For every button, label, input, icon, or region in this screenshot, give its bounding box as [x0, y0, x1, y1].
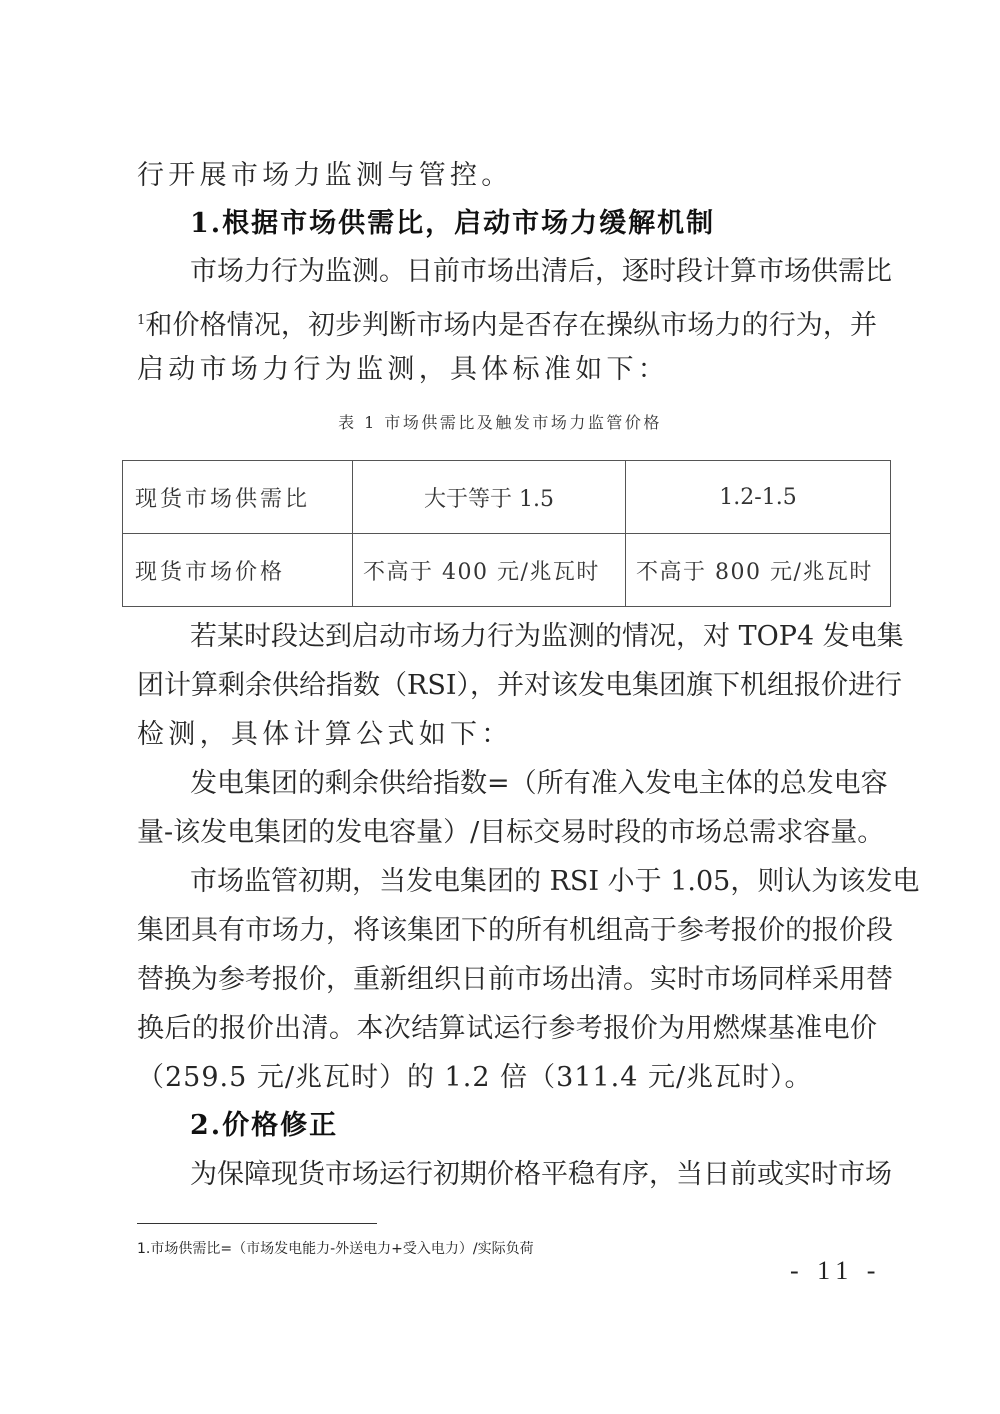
paragraph-monitoring-line-2: 1和价格情况，初步判断市场内是否存在操纵市场力的行为，并 [137, 303, 877, 339]
footnote-text: 1.市场供需比=（市场发电能力-外送电力+受入电力）/实际负荷 [137, 1238, 534, 1258]
paragraph-continuation: 行开展市场力监测与管控。 [137, 158, 877, 194]
paragraph-rsi-line-2: 团计算剩余供给指数（RSI），并对该发电集团旗下机组报价进行 [137, 668, 877, 704]
table-cell: 不高于 800 元/兆瓦时 [626, 534, 891, 607]
table-cell: 1.2-1.5 [626, 461, 891, 534]
page-number: - 11 - [790, 1256, 881, 1286]
formula-line-2: 量-该发电集团的发电容量）/目标交易时段的市场总需求容量。 [137, 815, 877, 851]
formula-line-1: 发电集团的剩余供给指数=（所有准入发电主体的总发电容 [190, 766, 877, 802]
paragraph-regulation-line-5: （259.5 元/兆瓦时）的 1.2 倍（311.4 元/兆瓦时）。 [137, 1060, 877, 1096]
paragraph-price-correction-line-1: 为保障现货市场运行初期价格平稳有序，当日前或实时市场 [190, 1157, 877, 1193]
paragraph-regulation-line-3: 替换为参考报价，重新组织日前市场出清。实时市场同样采用替 [137, 962, 877, 998]
paragraph-regulation-line-4: 换后的报价出清。本次结算试运行参考报价为用燃煤基准电价 [137, 1011, 877, 1047]
table-cell: 大于等于 1.5 [353, 461, 626, 534]
paragraph-monitoring-line-1: 市场力行为监测。日前市场出清后，逐时段计算市场供需比 [190, 254, 877, 290]
section-heading-1: 1.根据市场供需比，启动市场力缓解机制 [190, 206, 877, 242]
supply-demand-ratio-table: 现货市场供需比 大于等于 1.5 1.2-1.5 现货市场价格 不高于 400 … [122, 460, 891, 607]
table-cell-header: 现货市场价格 [123, 534, 353, 607]
table-cell: 不高于 400 元/兆瓦时 [353, 534, 626, 607]
table-cell-header: 现货市场供需比 [123, 461, 353, 534]
footnote-divider [137, 1223, 377, 1224]
paragraph-rsi-line-3: 检测，具体计算公式如下： [137, 717, 877, 753]
paragraph-monitoring-line-3: 启动市场力行为监测，具体标准如下： [137, 352, 877, 388]
table-row: 现货市场价格 不高于 400 元/兆瓦时 不高于 800 元/兆瓦时 [123, 534, 891, 607]
paragraph-regulation-line-1: 市场监管初期，当发电集团的 RSI 小于 1.05，则认为该发电 [190, 864, 877, 900]
paragraph-regulation-line-2: 集团具有市场力，将该集团下的所有机组高于参考报价的报价段 [137, 913, 877, 949]
table-caption: 表 1 市场供需比及触发市场力监管价格 [0, 410, 1000, 433]
section-heading-2: 2.价格修正 [190, 1108, 877, 1144]
table-row: 现货市场供需比 大于等于 1.5 1.2-1.5 [123, 461, 891, 534]
paragraph-rsi-line-1: 若某时段达到启动市场力行为监测的情况，对 TOP4 发电集 [190, 619, 877, 655]
